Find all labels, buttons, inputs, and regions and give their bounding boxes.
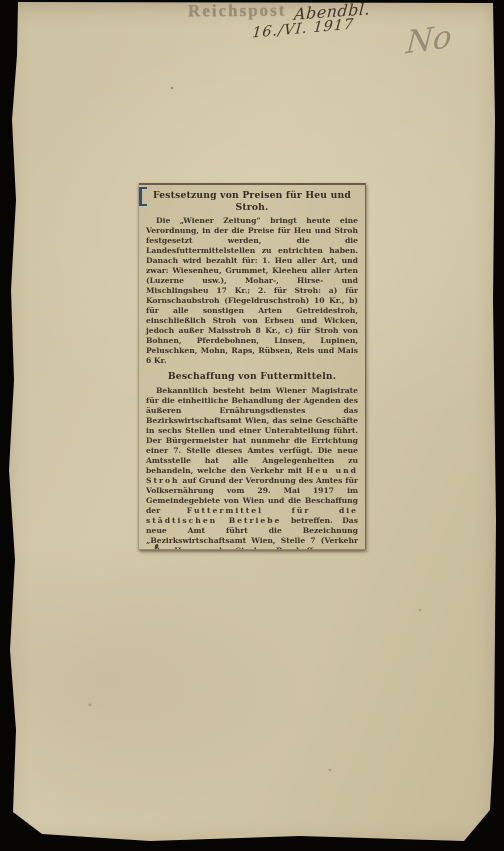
blue-editor-bracket-mark (139, 187, 147, 206)
pencil-mark: No (405, 18, 453, 61)
article-2-headline: Beschaffung von Futtermitteln. (146, 371, 358, 383)
scanned-document: Reichspost Abendbl. 16./VI. 1917 No Fest… (0, 0, 504, 851)
article-1-headline: Festsetzung von Preisen für Heu und Stro… (146, 190, 358, 214)
reichspost-stamp: Reichspost (188, 1, 287, 22)
newspaper-clipping: Festsetzung von Preisen für Heu und Stro… (139, 183, 366, 550)
article-1-body: Die „Wiener Zeitung“ bringt heute eine V… (146, 216, 358, 366)
article-1-text: Die „Wiener Zeitung“ bringt heute eine V… (146, 216, 358, 365)
article-2-body: Bekanntlich besteht beim Wiener Magistra… (146, 386, 358, 550)
article-2-text-seg1: Bekanntlich besteht beim Wiener Magistra… (146, 386, 358, 475)
